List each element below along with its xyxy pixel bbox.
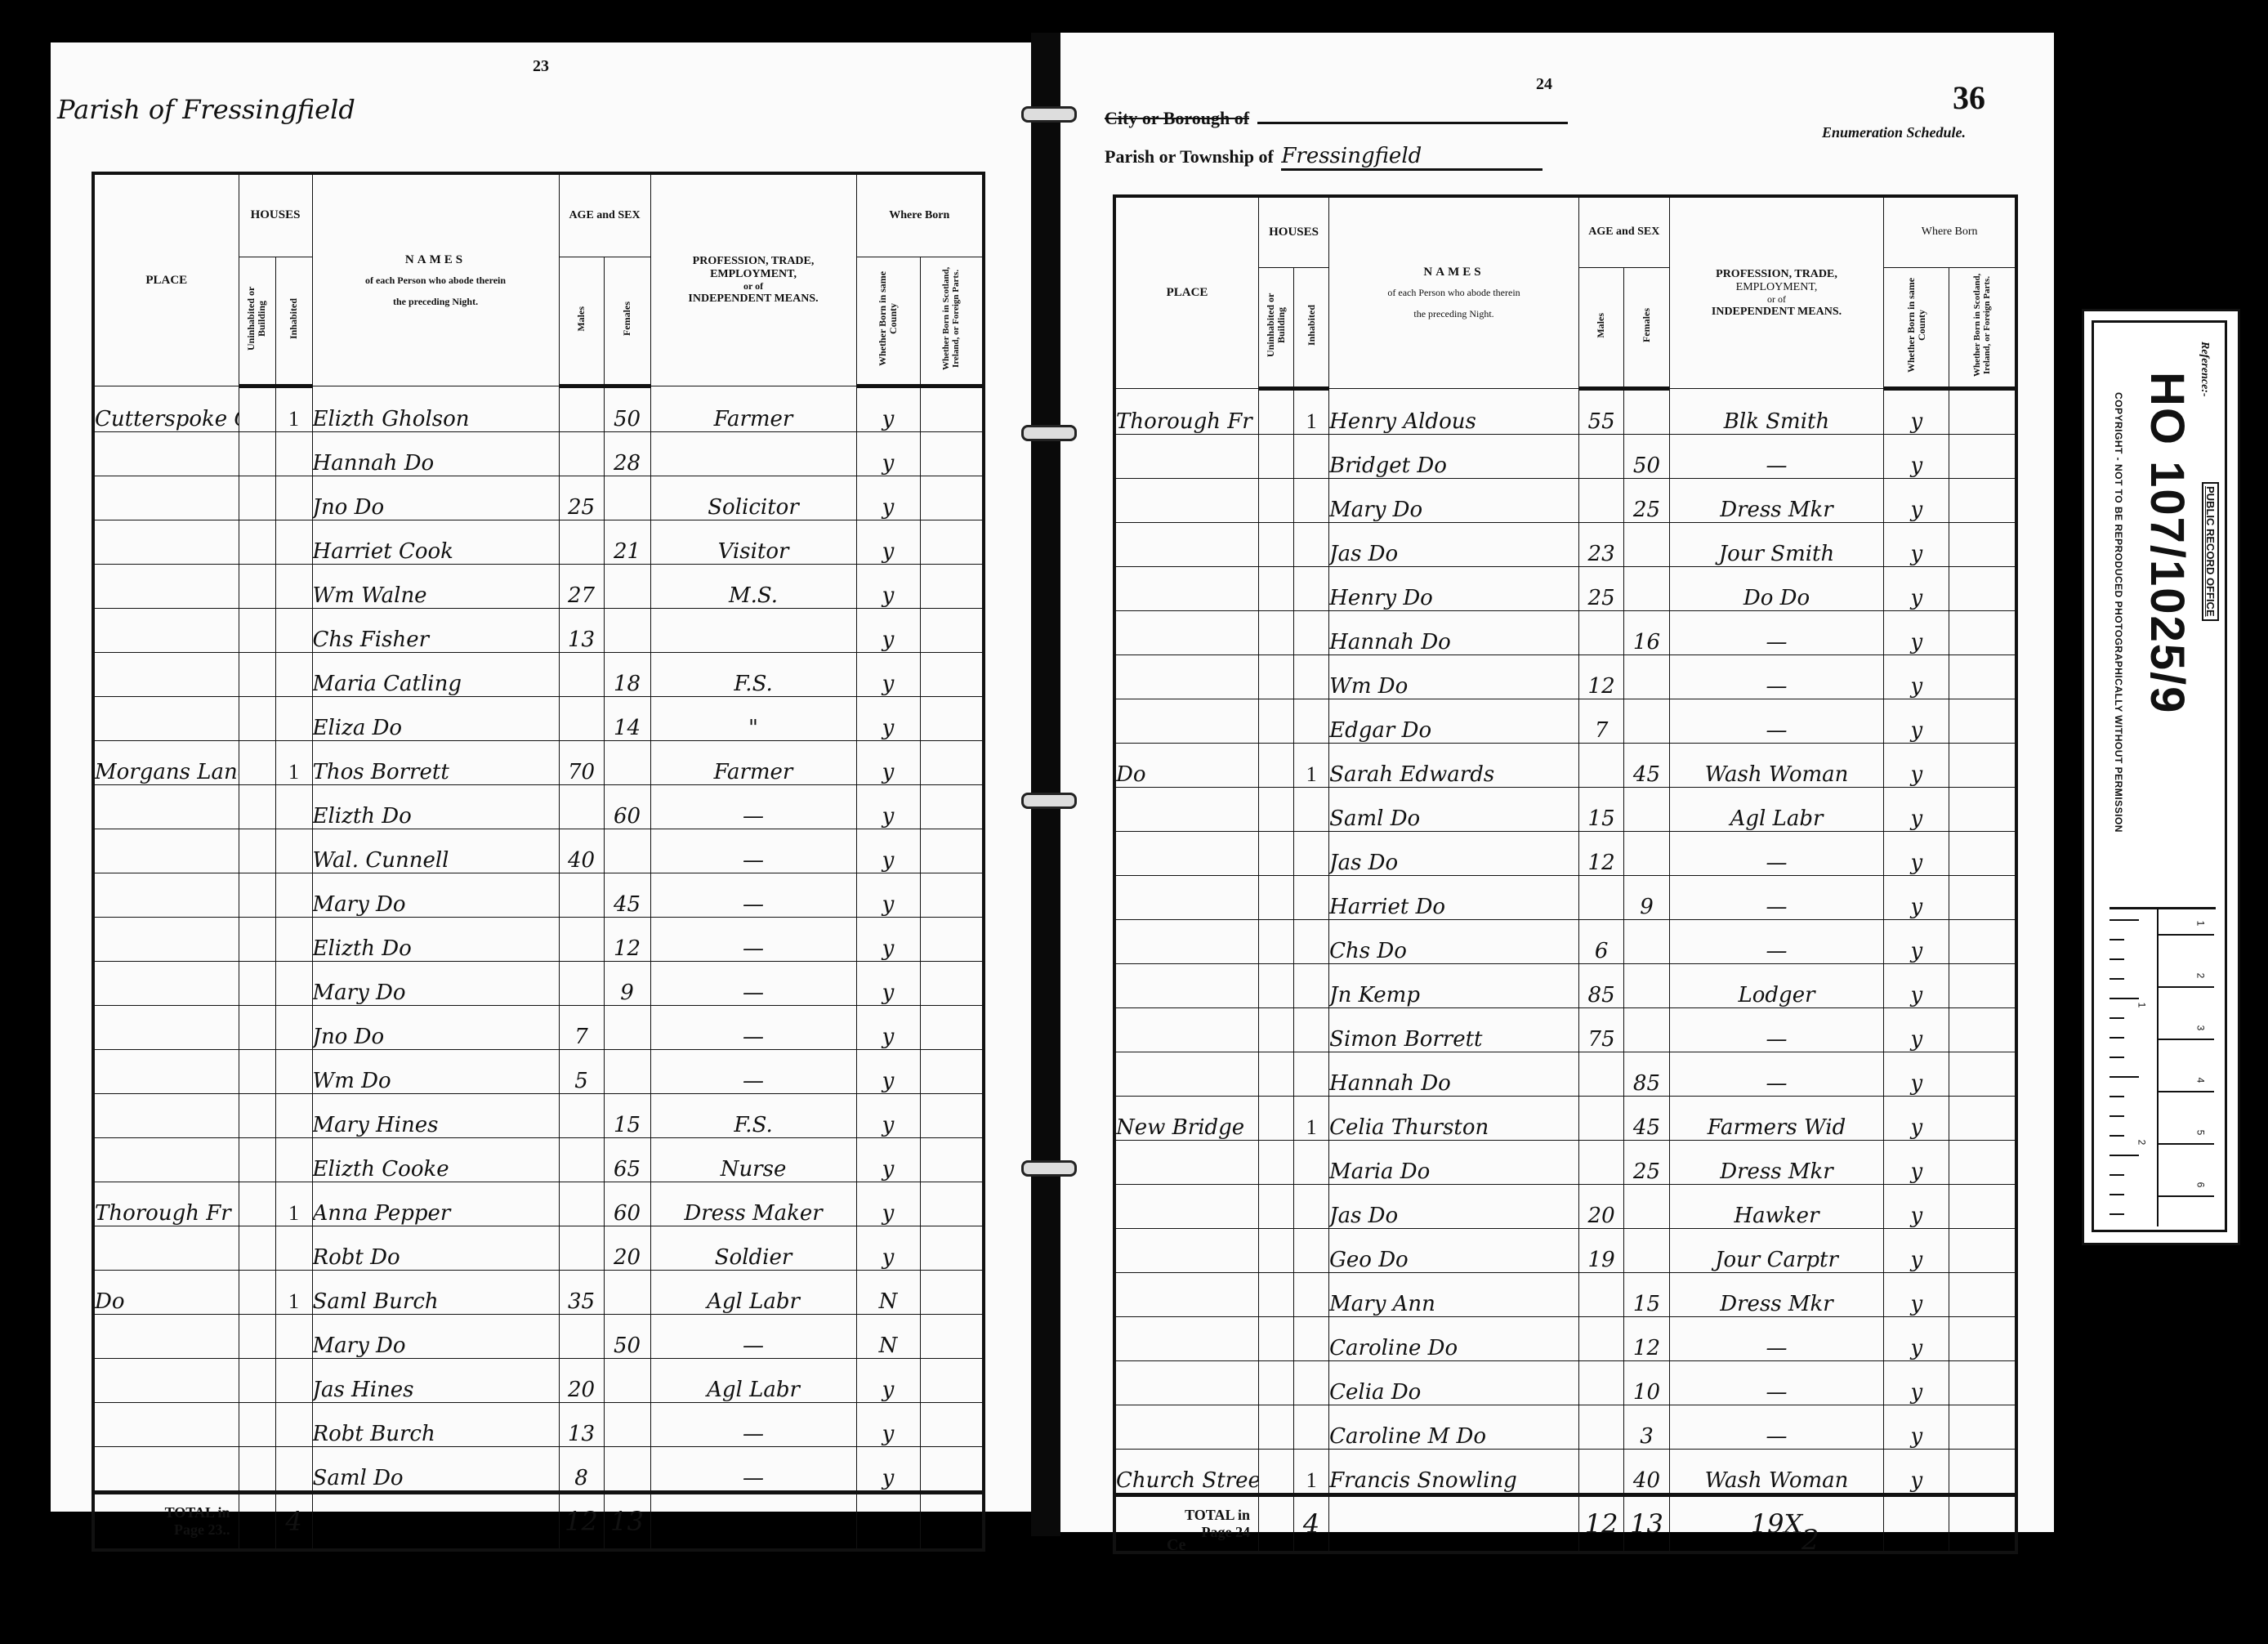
occupation-cell: Farmer [650,741,856,785]
inhabited-label: Inhabited [1306,305,1317,346]
name-cell: Elizth Gholson [312,386,559,432]
born-county-cell: y [856,432,920,476]
inhabited-cell [1294,1008,1329,1052]
place-cell [93,962,239,1006]
inhabited-cell [275,1403,312,1447]
born-foreign-cell [1949,1273,2016,1317]
inhabited-cell [275,432,312,476]
parish-heading: Parish of Fressingfield [57,94,355,125]
occupation-cell: Dress Mkr [1669,479,1884,523]
total-label-line: TOTAL in [1116,1507,1250,1525]
inhabited-cell: 1 [275,386,312,432]
born-foreign-cell [1949,1317,2016,1361]
occupation-cell: Jour Carptr [1669,1229,1884,1273]
male-age-cell [559,785,604,829]
female-age-cell: 25 [1624,479,1669,523]
male-age-cell: 85 [1578,964,1623,1008]
uninhabited-cell [239,1138,275,1182]
uninhabited-cell [239,918,275,962]
female-age-cell: 60 [604,785,650,829]
male-age-cell: 23 [1578,523,1623,567]
born-foreign-cell [1949,1052,2016,1097]
table-row: Jno Do25Solicitory [93,476,984,520]
female-age-cell: 12 [1624,1317,1669,1361]
born-county-cell: N [856,1315,920,1359]
table-row: Simon Borrett75—y [1114,1008,2016,1052]
inhabited-cell [1294,435,1329,479]
name-cell: Elizth Cooke [312,1138,559,1182]
male-age-cell: 12 [1578,832,1623,876]
table-row: Jas Do23Jour Smithy [1114,523,2016,567]
place-cell [1114,1008,1258,1052]
female-age-cell: 50 [604,386,650,432]
born-county-cell: y [1884,1097,1949,1141]
female-age-cell: 18 [604,653,650,697]
table-row: Church Street1Francis Snowling40Wash Wom… [1114,1450,2016,1495]
table-row: Wm Walne27M.S.y [93,565,984,609]
born-county-cell: y [1884,788,1949,832]
ruler-tick [2110,1096,2124,1097]
inhabited-cell: 1 [275,1182,312,1226]
ruler-tick [2110,919,2139,921]
uninhabited-cell [239,1094,275,1138]
ruler-cm-label: 4 [2194,1078,2206,1083]
profession-line: EMPLOYMENT, [1670,281,1884,294]
born-foreign-cell [920,1226,984,1271]
ruler-inch-label: 2 [2136,1140,2147,1146]
female-age-cell: 20 [604,1226,650,1271]
col-houses: HOUSES [1258,196,1328,268]
inhabited-cell [275,1226,312,1271]
born-county-cell: y [1884,920,1949,964]
col-males: Males [1578,268,1623,389]
born-county-cell: y [856,785,920,829]
name-cell: Francis Snowling [1329,1450,1579,1495]
place-cell [1114,1229,1258,1273]
born-foreign-cell [1949,435,2016,479]
female-age-cell [1624,920,1669,964]
born-foreign-cell [920,1182,984,1226]
uninhabited-cell [1258,832,1293,876]
name-cell: Jas Do [1329,1185,1579,1229]
ruler-tick [2159,1039,2214,1040]
uninhabited-cell [239,962,275,1006]
ruler-tick [2159,1143,2214,1145]
born-county-cell: y [1884,1405,1949,1450]
born-foreign-cell [920,653,984,697]
place-cell [1114,435,1258,479]
inhabited-cell [1294,479,1329,523]
place-cell [1114,1052,1258,1097]
place-cell: New Bridge [1114,1097,1258,1141]
copyright-notice: COPYRIGHT - NOT TO BE REPRODUCED PHOTOGR… [2113,392,2124,833]
name-cell: Geo Do [1329,1229,1579,1273]
place-cell [93,1006,239,1050]
name-cell: Jno Do [312,1006,559,1050]
name-cell: Harriet Cook [312,520,559,565]
born-foreign-cell [920,386,984,432]
place-cell [1114,788,1258,832]
table-row: Jn Kemp85Lodgery [1114,964,2016,1008]
occupation-cell: Blk Smith [1669,389,1884,435]
male-age-cell [1578,1317,1623,1361]
place-cell [93,1226,239,1271]
born-foreign-label: Whether Born in Scotland, Ireland, or Fo… [1972,268,1992,382]
born-foreign-cell [920,829,984,873]
born-county-cell: y [1884,876,1949,920]
ruler-tick [2159,1195,2214,1197]
col-inhabited: Inhabited [1294,268,1329,389]
male-age-cell [1578,1361,1623,1405]
born-foreign-cell [1949,920,2016,964]
born-foreign-cell [1949,832,2016,876]
uninhabited-cell [239,1050,275,1094]
name-cell: Wm Do [1329,655,1579,699]
uninhabited-cell [1258,788,1293,832]
uninhabited-cell [239,741,275,785]
place-cell [1114,1317,1258,1361]
males-label: Males [576,306,587,332]
total-names [312,1493,559,1551]
name-cell: Saml Burch [312,1271,559,1315]
females-label: Females [622,302,632,336]
uninhabited-cell [239,1315,275,1359]
name-cell: Maria Do [1329,1141,1579,1185]
inhabited-cell [275,476,312,520]
born-county-cell: y [856,1182,920,1226]
place-cell [1114,567,1258,611]
col-profession: PROFESSION, TRADE, EMPLOYMENT, or of IND… [1669,196,1884,389]
ruler-inch-label: 1 [2136,1003,2147,1008]
table-row: Wm Do5—y [93,1050,984,1094]
inhabited-cell [275,829,312,873]
male-age-cell [1578,1405,1623,1450]
inhabited-cell: 1 [1294,744,1329,788]
male-age-cell: 15 [1578,788,1623,832]
inhabited-cell [275,653,312,697]
table-row: Jas Do12—y [1114,832,2016,876]
uninhabited-cell [239,1182,275,1226]
male-age-cell [1578,611,1623,655]
inhabited-cell [275,785,312,829]
born-foreign-cell [1949,1229,2016,1273]
total-born-foreign [920,1493,984,1551]
female-age-cell: 60 [604,1182,650,1226]
male-age-cell [559,386,604,432]
table-row: Hannah Do16—y [1114,611,2016,655]
place-cell [1114,920,1258,964]
col-born-foreign: Whether Born in Scotland, Ireland, or Fo… [920,257,984,386]
place-cell [93,873,239,918]
name-cell: Edgar Do [1329,699,1579,744]
female-age-cell [1624,655,1669,699]
place-cell [93,1359,239,1403]
female-age-cell [1624,1008,1669,1052]
inhabited-cell [1294,1405,1329,1450]
inhabited-label: Inhabited [288,298,299,339]
born-foreign-cell [1949,788,2016,832]
ruler-cm-label: 3 [2194,1025,2206,1031]
uninhabited-cell [239,520,275,565]
occupation-cell: — [650,1403,856,1447]
name-cell: Bridget Do [1329,435,1579,479]
born-foreign-cell [1949,523,2016,567]
table-row: Henry Do25Do Doy [1114,567,2016,611]
female-age-cell: 10 [1624,1361,1669,1405]
male-age-cell [1578,435,1623,479]
city-borough-line: City or Borough of [1105,108,1568,129]
col-where-born: Where Born [856,173,984,257]
born-foreign-cell [920,873,984,918]
born-foreign-cell [920,785,984,829]
ruler: 123456 12 [2110,907,2216,1226]
place-cell [93,432,239,476]
col-females: Females [1624,268,1669,389]
place-cell [1114,1273,1258,1317]
male-age-cell [559,1182,604,1226]
inhabited-cell [275,520,312,565]
record-office-label: PUBLIC RECORD OFFICE [2202,482,2219,621]
uninhabited-cell [239,785,275,829]
born-county-cell: y [1884,655,1949,699]
name-cell: Simon Borrett [1329,1008,1579,1052]
name-cell: Jno Do [312,476,559,520]
table-row: Do1Saml Burch35Agl LabrN [93,1271,984,1315]
binding-ring [1021,1160,1077,1177]
occupation-cell: Hawker [1669,1185,1884,1229]
occupation-cell: Dress Mkr [1669,1273,1884,1317]
place-cell [93,1050,239,1094]
inhabited-cell [275,1094,312,1138]
place-cell [1114,523,1258,567]
occupation-cell: — [1669,1008,1884,1052]
place-cell [93,918,239,962]
names-sub1: of each Person who abode therein [313,275,559,287]
total-born-county [856,1493,920,1551]
born-foreign-cell [920,565,984,609]
table-row: Bridget Do50—y [1114,435,2016,479]
place-cell [1114,1405,1258,1450]
occupation-cell: — [650,1315,856,1359]
female-age-cell [1624,389,1669,435]
born-county-cell: y [856,829,920,873]
male-age-cell: 25 [1578,567,1623,611]
born-foreign-cell [1949,389,2016,435]
born-county-cell: y [1884,832,1949,876]
born-foreign-cell [920,1138,984,1182]
born-foreign-cell [1949,1450,2016,1495]
male-age-cell: 7 [559,1006,604,1050]
col-born-county: Whether Born in same County [1884,268,1949,389]
born-county-cell: y [856,1050,920,1094]
total-label-line: TOTAL in [95,1504,230,1522]
col-born-foreign: Whether Born in Scotland, Ireland, or Fo… [1949,268,2016,389]
table-row: Mary Do45—y [93,873,984,918]
female-age-cell: 12 [604,918,650,962]
names-sub1: of each Person who abode therein [1329,288,1578,299]
inhabited-cell [1294,964,1329,1008]
born-foreign-cell [1949,1405,2016,1450]
occupation-cell: — [1669,1405,1884,1450]
occupation-cell [650,609,856,653]
born-county-cell: y [856,1359,920,1403]
place-cell [1114,479,1258,523]
born-county-cell: y [1884,479,1949,523]
name-cell: Thos Borrett [312,741,559,785]
born-foreign-cell [920,1315,984,1359]
place-cell [1114,655,1258,699]
table-row: Chs Do6—y [1114,920,2016,964]
place-cell [93,565,239,609]
table-row: Jas Hines20Agl Labry [93,1359,984,1403]
uninhabited-cell [1258,1097,1293,1141]
uninhabited-cell [1258,1008,1293,1052]
uninhabited-cell [239,609,275,653]
place-cell: Do [1114,744,1258,788]
ruler-tick [2110,1115,2124,1117]
table-row: Wm Do12—y [1114,655,2016,699]
name-cell: Mary Do [312,1315,559,1359]
ruler-tick [2110,1174,2124,1176]
below-table-mark: 2 [1801,1524,1819,1557]
born-county-cell: y [856,1403,920,1447]
uninhabited-cell [1258,1405,1293,1450]
females-label: Females [1641,308,1652,342]
female-age-cell [1624,567,1669,611]
parish-value: Fressingfield [1281,144,1543,171]
born-foreign-cell [920,609,984,653]
occupation-cell: — [650,1006,856,1050]
female-age-cell [604,609,650,653]
place-cell [93,1315,239,1359]
total-note: 19X [1669,1495,1884,1553]
binding-ring [1021,425,1077,441]
place-cell [1114,876,1258,920]
male-age-cell: 13 [559,1403,604,1447]
inhabited-cell [1294,1052,1329,1097]
name-cell: Wm Walne [312,565,559,609]
inhabited-cell [1294,699,1329,744]
ruler-divider [2157,909,2159,1226]
born-foreign-cell [920,962,984,1006]
inhabited-cell [1294,523,1329,567]
table-row: Robt Burch13—y [93,1403,984,1447]
female-age-cell: 15 [604,1094,650,1138]
total-label: TOTAL inPage 23.. [93,1493,239,1551]
occupation-cell: — [650,1050,856,1094]
uninhabited-cell [1258,920,1293,964]
col-names: NAMES of each Person who abode therein t… [312,173,559,386]
occupation-cell: Agl Labr [650,1359,856,1403]
ruler-tick [2110,1076,2139,1078]
male-age-cell [559,1315,604,1359]
female-age-cell [604,476,650,520]
name-cell: Celia Do [1329,1361,1579,1405]
born-foreign-cell [920,1094,984,1138]
born-county-cell: y [856,1138,920,1182]
total-uninhabited [1258,1495,1293,1553]
male-age-cell [559,653,604,697]
female-age-cell [1624,523,1669,567]
female-age-cell [604,741,650,785]
inhabited-cell [1294,832,1329,876]
name-cell: Hannah Do [1329,1052,1579,1097]
born-county-cell: y [856,520,920,565]
born-foreign-cell [1949,744,2016,788]
ruler-tick [2110,1017,2124,1019]
total-row: TOTAL inPage 23..41213 [93,1493,984,1551]
occupation-cell: Visitor [650,520,856,565]
ruler-cm-label: 1 [2194,921,2206,927]
born-county-cell: y [856,962,920,1006]
table-row: Mary Do9—y [93,962,984,1006]
inhabited-cell [275,918,312,962]
place-cell [93,1447,239,1493]
book-spine [1031,33,1060,1536]
male-age-cell: 8 [559,1447,604,1493]
uninhabited-cell [239,1403,275,1447]
occupation-cell: — [1669,1317,1884,1361]
born-county-cell: y [856,873,920,918]
male-age-cell: 40 [559,829,604,873]
table-row: Geo Do19Jour Carptry [1114,1229,2016,1273]
uninhabited-cell [1258,389,1293,435]
inhabited-cell [275,1447,312,1493]
inhabited-cell [275,1138,312,1182]
table-row: Hannah Do28y [93,432,984,476]
col-names: NAMES of each Person who abode therein t… [1329,196,1579,389]
profession-line: EMPLOYMENT, [651,268,856,281]
city-value [1257,122,1568,124]
uninhabited-cell [1258,1361,1293,1405]
born-county-cell: y [1884,744,1949,788]
female-age-cell: 85 [1624,1052,1669,1097]
inhabited-cell: 1 [1294,389,1329,435]
name-cell: Sarah Edwards [1329,744,1579,788]
table-row: Jno Do7—y [93,1006,984,1050]
name-cell: Chs Do [1329,920,1579,964]
name-cell: Jas Do [1329,523,1579,567]
born-foreign-cell [920,1006,984,1050]
total-label: TOTAL inPage 24 [1114,1495,1258,1553]
inhabited-cell [275,1315,312,1359]
inhabited-cell [275,565,312,609]
occupation-cell: — [650,873,856,918]
ruler-tick [2110,978,2124,980]
table-row: Morgans Lane1Thos Borrett70Farmery [93,741,984,785]
col-age-sex: AGE and SEX [559,173,650,257]
name-cell: Wm Do [312,1050,559,1094]
male-age-cell [1578,1052,1623,1097]
uninhabited-cell [239,653,275,697]
born-county-cell: y [1884,1229,1949,1273]
born-foreign-cell [920,1271,984,1315]
born-foreign-cell [1949,479,2016,523]
male-age-cell: 75 [1578,1008,1623,1052]
uninhabited-cell [1258,611,1293,655]
table-row: Jas Do20Hawkery [1114,1185,2016,1229]
total-row: TOTAL inPage 244121319X [1114,1495,2016,1553]
name-cell: Henry Aldous [1329,389,1579,435]
inhabited-cell [275,1050,312,1094]
male-age-cell [1578,1450,1623,1495]
born-county-cell: y [856,1447,920,1493]
uninhabited-cell [239,1226,275,1271]
names-sub2: the preceding Night. [1329,309,1578,320]
table-row: Celia Do10—y [1114,1361,2016,1405]
occupation-cell: — [650,785,856,829]
table-row: Thorough Fr1Anna Pepper60Dress Makery [93,1182,984,1226]
